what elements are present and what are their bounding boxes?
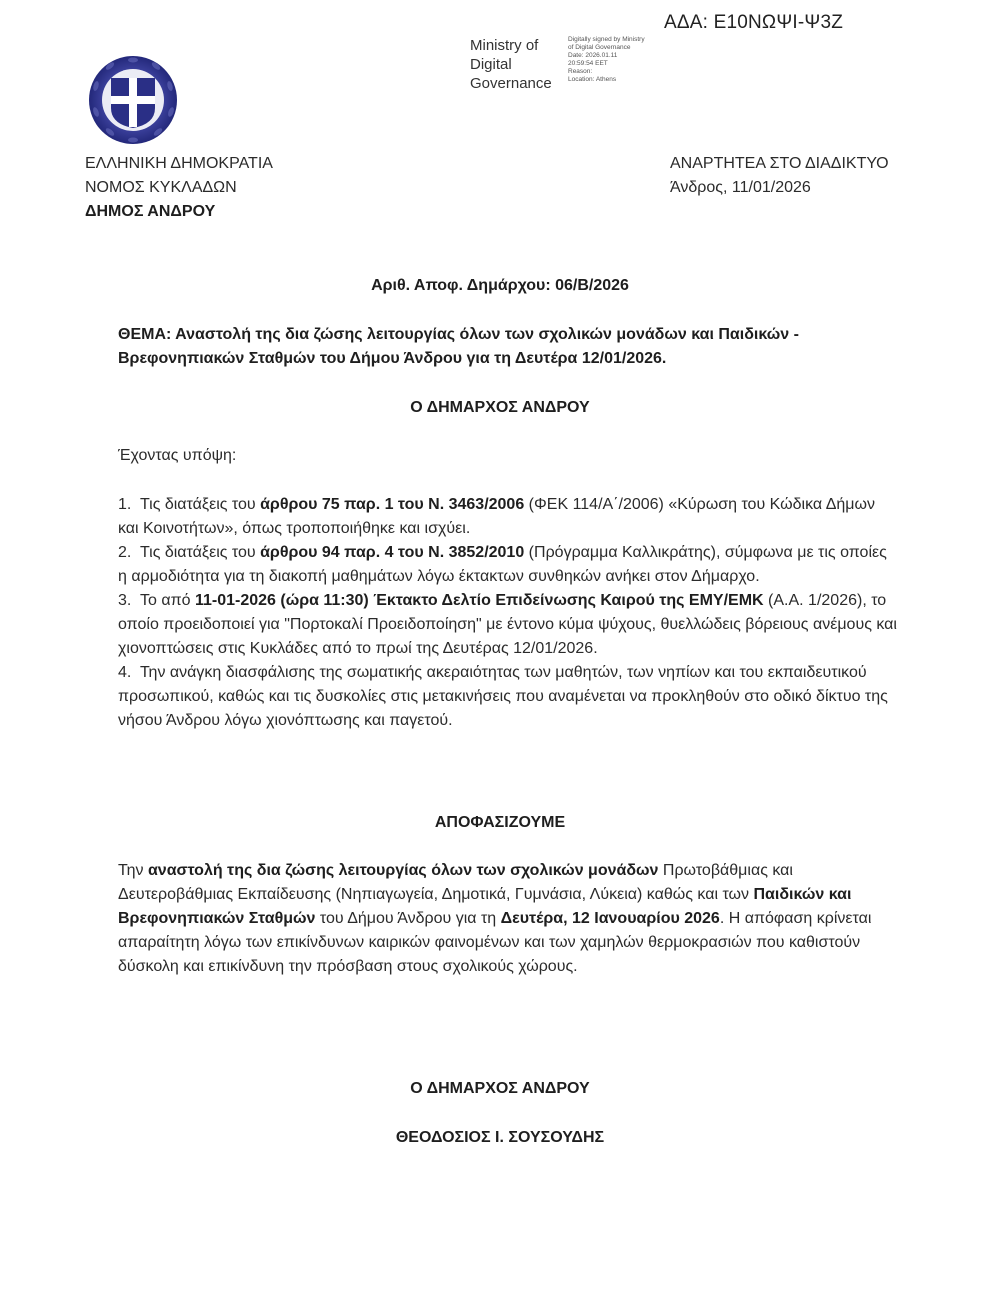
- digital-signature-signer: Ministry of Digital Governance: [470, 36, 552, 93]
- decision-text: του Δήμου Άνδρου για τη: [315, 910, 500, 927]
- item-number: 4.: [118, 664, 131, 681]
- item-number: 3.: [118, 592, 131, 609]
- decide-heading: ΑΠΟΦΑΣΙΖΟΥΜΕ: [0, 814, 1000, 832]
- consideration-item: 2. Τις διατάξεις του άρθρου 94 παρ. 4 το…: [118, 541, 898, 589]
- decision-bold-text: Δευτέρα, 12 Ιανουαρίου 2026: [501, 910, 720, 927]
- posting-block: ΑΝΑΡΤΗΤΕΑ ΣΤΟ ΔΙΑΔΙΚΤΥΟ Άνδρος, 11/01/20…: [670, 152, 889, 200]
- consideration-item: 1. Τις διατάξεις του άρθρου 75 παρ. 1 το…: [118, 493, 898, 541]
- item-text: Το από: [140, 592, 195, 609]
- consideration-item: 3. Το από 11-01-2026 (ώρα 11:30) Έκτακτο…: [118, 589, 898, 661]
- signatory-name: ΘΕΟΔΟΣΙΟΣ Ι. ΣΟΥΣΟΥΔΗΣ: [0, 1129, 1000, 1147]
- item-bold-text: 11-01-2026 (ώρα 11:30) Έκτακτο Δελτίο Επ…: [195, 592, 764, 609]
- signature-detail-line: Digitally signed by Ministry: [568, 36, 658, 44]
- signature-detail-line: Location: Athens: [568, 76, 658, 84]
- signature-detail-line: Date: 2026.01.11: [568, 52, 658, 60]
- consideration-item: 4. Την ανάγκη διασφάλισης της σωματικής …: [118, 661, 898, 733]
- signature-detail-line: of Digital Governance: [568, 44, 658, 52]
- item-text: Την ανάγκη διασφάλισης της σωματικής ακε…: [118, 664, 888, 729]
- item-number: 1.: [118, 496, 131, 513]
- place-date: Άνδρος, 11/01/2026: [670, 176, 889, 200]
- issuer-block: ΕΛΛΗΝΙΚΗ ΔΗΜΟΚΡΑΤΙΑ ΝΟΜΟΣ ΚΥΚΛΑΔΩΝ ΔΗΜΟΣ…: [85, 152, 273, 224]
- signatory-title: Ο ΔΗΜΑΡΧΟΣ ΑΝΔΡΟΥ: [0, 1080, 1000, 1098]
- item-number: 2.: [118, 544, 131, 561]
- issuer-line: ΕΛΛΗΝΙΚΗ ΔΗΜΟΚΡΑΤΙΑ: [85, 152, 273, 176]
- decision-paragraph: Την αναστολή της δια ζώσης λειτουργίας ό…: [118, 859, 908, 979]
- considering-label: Έχοντας υπόψη:: [118, 447, 236, 465]
- decision-bold-text: αναστολή της δια ζώσης λειτουργίας όλων …: [148, 862, 659, 879]
- item-bold-text: άρθρου 94 παρ. 4 του Ν. 3852/2010: [260, 544, 524, 561]
- item-text: Τις διατάξεις του: [140, 496, 260, 513]
- item-text: Τις διατάξεις του: [140, 544, 260, 561]
- decision-text: Την: [118, 862, 148, 879]
- subject: ΘΕΜΑ: Αναστολή της δια ζώσης λειτουργίας…: [118, 323, 908, 371]
- issuer-line: ΝΟΜΟΣ ΚΥΚΛΑΔΩΝ: [85, 176, 273, 200]
- posting-note: ΑΝΑΡΤΗΤΕΑ ΣΤΟ ΔΙΑΔΙΚΤΥΟ: [670, 152, 889, 176]
- authority-heading: Ο ΔΗΜΑΡΧΟΣ ΑΝΔΡΟΥ: [0, 399, 1000, 417]
- considerations-list: 1. Τις διατάξεις του άρθρου 75 παρ. 1 το…: [118, 493, 898, 733]
- signature-detail-line: Reason:: [568, 68, 658, 76]
- decision-number: Αριθ. Αποφ. Δημάρχου: 06/Β/2026: [0, 277, 1000, 295]
- ada-code: ΑΔΑ: Ε10ΝΩΨΙ-Ψ3Ζ: [664, 12, 843, 34]
- issuer-municipality: ΔΗΜΟΣ ΑΝΔΡΟΥ: [85, 200, 273, 224]
- signer-line: Governance: [470, 74, 552, 93]
- greek-coat-of-arms-icon: [84, 52, 182, 148]
- item-bold-text: άρθρου 75 παρ. 1 του Ν. 3463/2006: [260, 496, 524, 513]
- decision-body: Την αναστολή της δια ζώσης λειτουργίας ό…: [118, 859, 908, 979]
- signer-line: Ministry of: [470, 36, 552, 55]
- signature-detail-line: 20:59:54 EET: [568, 60, 658, 68]
- digital-signature-details: Digitally signed by Ministry of Digital …: [568, 36, 658, 84]
- signer-line: Digital: [470, 55, 552, 74]
